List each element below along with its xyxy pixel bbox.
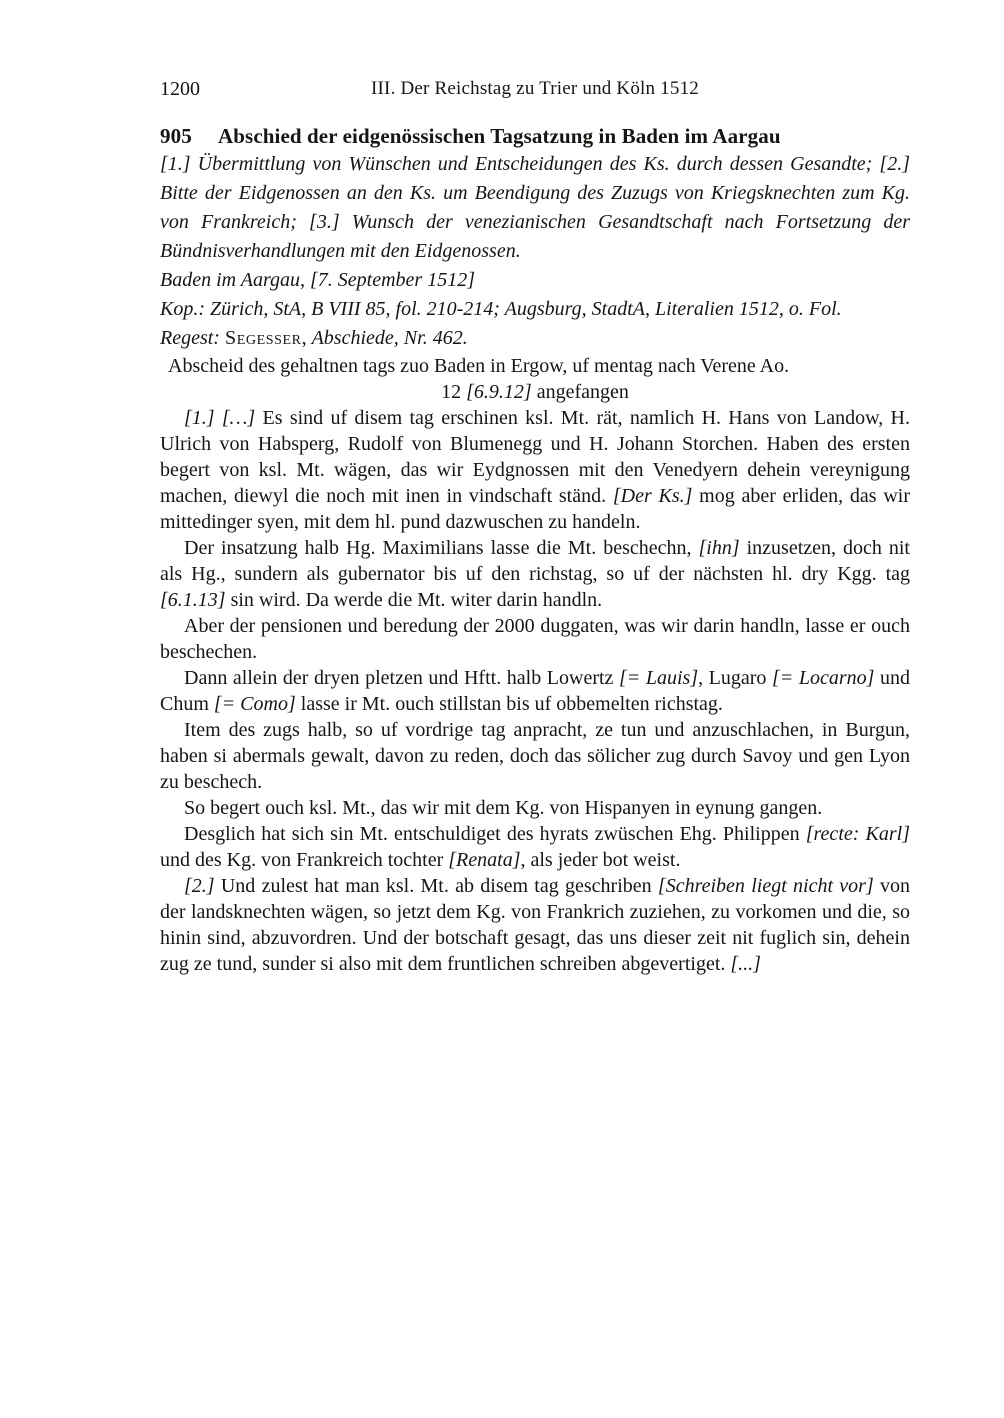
source-note: Kop.: Zürich, StA, B VIII 85, fol. 210-2… bbox=[160, 295, 910, 324]
running-header: 1200 III. Der Reichstag zu Trier und Köl… bbox=[160, 76, 910, 102]
body-paragraph-3: Aber der pensionen und beredung der 2000… bbox=[160, 613, 910, 665]
text-segment: , bbox=[302, 327, 312, 349]
summary-abstract: [1.] Übermittlung von Wünschen und Entsc… bbox=[160, 150, 910, 266]
regest-note: Regest: Segesser, Abschiede, Nr. 462. bbox=[160, 324, 910, 353]
editorial-note-segment: [ihn] bbox=[698, 537, 739, 559]
text-segment: Desglich hat sich sin Mt. entschuldiget … bbox=[184, 823, 806, 845]
editorial-note-segment: [6.9.12] bbox=[466, 381, 532, 403]
body-paragraph-2: Der insatzung halb Hg. Maximilians lasse… bbox=[160, 535, 910, 613]
opening-line: Abscheid des gehaltnen tags zuo Baden in… bbox=[160, 353, 910, 379]
opening-line-centered: 12 [6.9.12] angefangen bbox=[160, 379, 910, 405]
text-segment: Dann allein der dryen pletzen und Hftt. … bbox=[184, 667, 619, 689]
entry-heading: 905 Abschied der eidgenössischen Tagsatz… bbox=[160, 122, 910, 150]
smallcaps-segment: Segesser bbox=[225, 327, 302, 349]
editorial-note-segment: [= Como] bbox=[214, 693, 296, 715]
editorial-note-segment: Abschiede, Nr. 462. bbox=[312, 327, 468, 349]
text-segment: und des Kg. von Frankreich tochter bbox=[160, 849, 448, 871]
text-segment: Abscheid des gehaltnen tags zuo Baden in… bbox=[168, 355, 789, 377]
text-segment: angefangen bbox=[532, 381, 629, 403]
text-segment: , als jeder bot weist. bbox=[520, 849, 680, 871]
editorial-note-segment: [Der Ks.] bbox=[613, 485, 693, 507]
book-page: 1200 III. Der Reichstag zu Trier und Köl… bbox=[0, 0, 1004, 1418]
entry-number: 905 bbox=[160, 122, 218, 150]
text-segment: Item des zugs halb, so uf vordrige tag a… bbox=[160, 719, 910, 793]
text-segment: Aber der pensionen und beredung der 2000… bbox=[160, 615, 910, 663]
body-paragraph-5: Item des zugs halb, so uf vordrige tag a… bbox=[160, 717, 910, 795]
body-paragraph-1: [1.] […] Es sind uf disem tag erschinen … bbox=[160, 405, 910, 535]
text-segment: lasse ir Mt. ouch stillstan bis uf obbem… bbox=[296, 693, 723, 715]
text-segment: sin wird. Da werde die Mt. witer darin h… bbox=[226, 589, 603, 611]
dateline: Baden im Aargau, [7. September 1512] bbox=[160, 266, 910, 295]
page-content: 1200 III. Der Reichstag zu Trier und Köl… bbox=[160, 76, 910, 977]
running-header-title: III. Der Reichstag zu Trier und Köln 151… bbox=[160, 76, 910, 102]
page-number: 1200 bbox=[160, 76, 200, 102]
text-segment: Der insatzung halb Hg. Maximilians lasse… bbox=[184, 537, 698, 559]
text-segment: Und zulest hat man ksl. Mt. ab disem tag… bbox=[215, 875, 658, 897]
editorial-note-segment: [Schreiben liegt nicht vor] bbox=[658, 875, 874, 897]
editorial-note-segment: Kop.: Zürich, StA, B VIII 85, fol. 210-2… bbox=[160, 298, 842, 320]
editorial-note-segment: [= Locarno] bbox=[772, 667, 874, 689]
editorial-note-segment: [1.] Übermittlung von Wünschen und Entsc… bbox=[160, 153, 910, 262]
document-body: [1.] Übermittlung von Wünschen und Entsc… bbox=[160, 150, 910, 977]
editorial-note-segment: [Renata] bbox=[448, 849, 520, 871]
body-paragraph-4: Dann allein der dryen pletzen und Hftt. … bbox=[160, 665, 910, 717]
editorial-note-segment: [...] bbox=[730, 953, 761, 975]
body-paragraph-8: [2.] Und zulest hat man ksl. Mt. ab dise… bbox=[160, 873, 910, 977]
editorial-note-segment: [6.1.13] bbox=[160, 589, 226, 611]
text-segment: So begert ouch ksl. Mt., das wir mit dem… bbox=[184, 797, 822, 819]
text-segment: 12 bbox=[441, 381, 466, 403]
entry-title: Abschied der eidgenössischen Tagsatzung … bbox=[218, 122, 910, 150]
text-segment: , Lugaro bbox=[698, 667, 772, 689]
editorial-note-segment: Regest: bbox=[160, 327, 225, 349]
body-paragraph-7: Desglich hat sich sin Mt. entschuldiget … bbox=[160, 821, 910, 873]
body-paragraph-6: So begert ouch ksl. Mt., das wir mit dem… bbox=[160, 795, 910, 821]
editorial-note-segment: [recte: Karl] bbox=[806, 823, 910, 845]
editorial-note-segment: Baden im Aargau, [7. September 1512] bbox=[160, 269, 475, 291]
editorial-note-segment: [1.] […] bbox=[184, 407, 255, 429]
editorial-note-segment: [= Lauis] bbox=[619, 667, 698, 689]
editorial-note-segment: [2.] bbox=[184, 875, 215, 897]
